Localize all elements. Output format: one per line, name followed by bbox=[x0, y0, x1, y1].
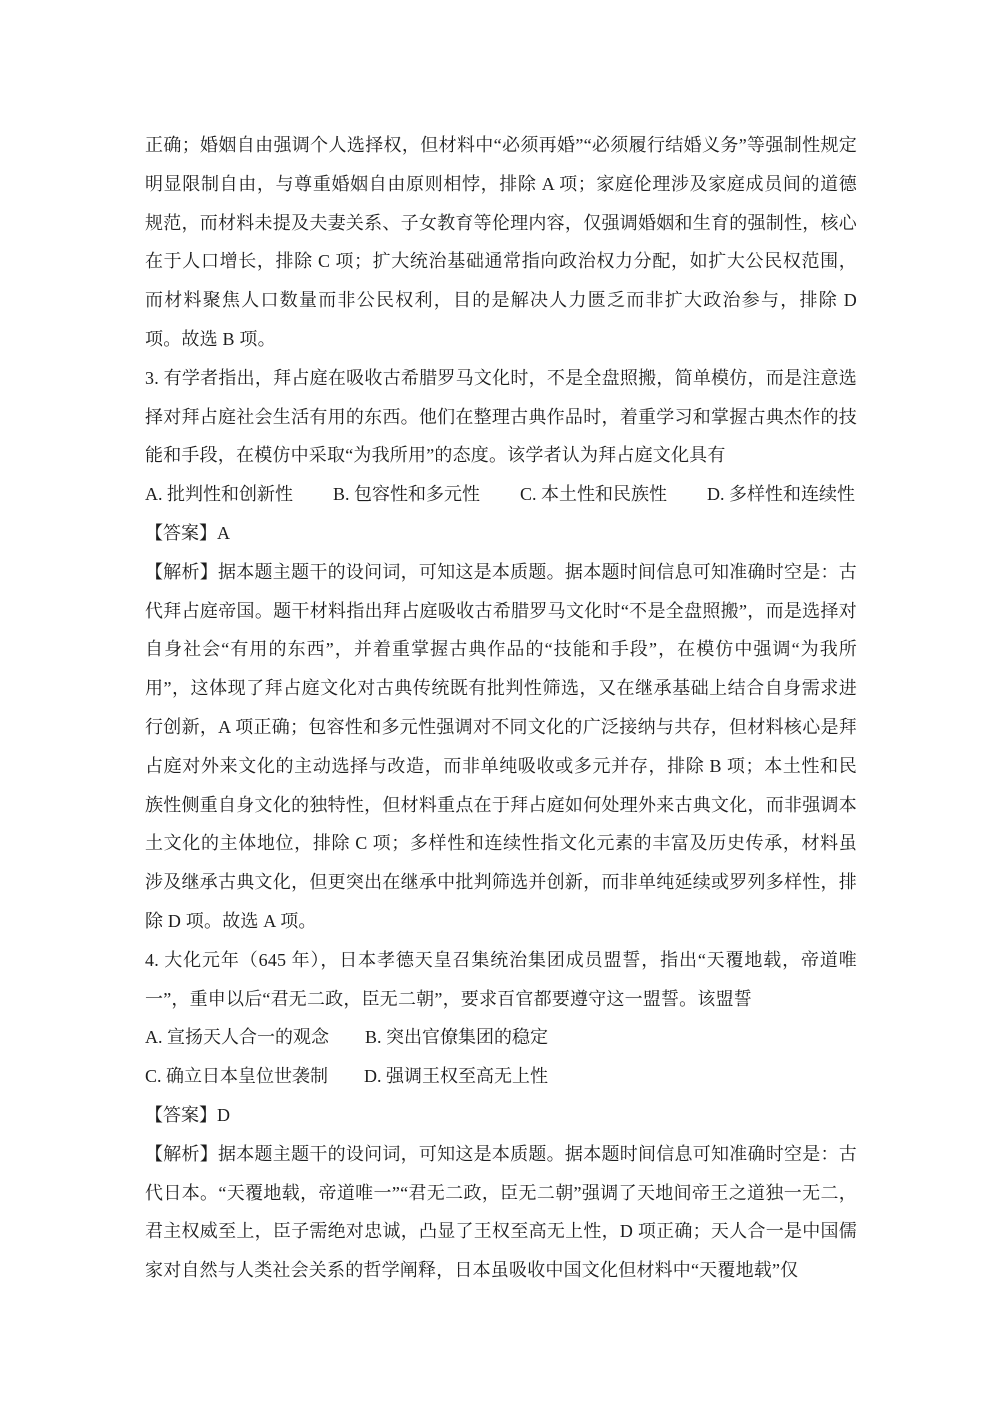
answer-label: 【答案】 bbox=[145, 1105, 217, 1125]
answer-label: 【答案】 bbox=[145, 523, 217, 543]
question-3-answer-value: A bbox=[217, 523, 230, 543]
question-4-analysis: 【解析】据本题主题干的设问词，可知这是本质题。据本题时间信息可知准确时空是：古代… bbox=[145, 1135, 857, 1290]
question-3-answer-line: 【答案】A bbox=[145, 514, 857, 553]
question-3-option-d: D. 多样性和连续性 bbox=[707, 475, 855, 514]
question-4-answer-value: D bbox=[217, 1105, 230, 1125]
question-4-option-b: B. 突出官僚集团的稳定 bbox=[365, 1018, 548, 1057]
question-4-options-row-2: C. 确立日本皇位世袭制 D. 强调王权至高无上性 bbox=[145, 1057, 857, 1096]
question-3-option-a: A. 批判性和创新性 bbox=[145, 475, 293, 514]
question-3-analysis: 【解析】据本题主题干的设问词，可知这是本质题。据本题时间信息可知准确时空是：古代… bbox=[145, 553, 857, 941]
question-3-option-c: C. 本土性和民族性 bbox=[520, 475, 667, 514]
question-4-options-row-1: A. 宣扬天人合一的观念 B. 突出官僚集团的稳定 bbox=[145, 1018, 857, 1057]
question-4-option-a: A. 宣扬天人合一的观念 bbox=[145, 1018, 329, 1057]
question-4-option-c: C. 确立日本皇位世袭制 bbox=[145, 1057, 328, 1096]
question-2-analysis-continuation: 正确；婚姻自由强调个人选择权，但材料中“必须再婚”“必须履行结婚义务”等强制性规… bbox=[145, 126, 857, 359]
question-4-option-d: D. 强调王权至高无上性 bbox=[364, 1057, 548, 1096]
question-4-answer-line: 【答案】D bbox=[145, 1096, 857, 1135]
question-3-option-b: B. 包容性和多元性 bbox=[333, 475, 480, 514]
question-3-options: A. 批判性和创新性 B. 包容性和多元性 C. 本土性和民族性 D. 多样性和… bbox=[145, 475, 857, 514]
document-page: 正确；婚姻自由强调个人选择权，但材料中“必须再婚”“必须履行结婚义务”等强制性规… bbox=[145, 126, 857, 1290]
question-3-stem: 3. 有学者指出，拜占庭在吸收古希腊罗马文化时，不是全盘照搬，简单模仿，而是注意… bbox=[145, 359, 857, 475]
question-4-stem: 4. 大化元年（645 年），日本孝德天皇召集统治集团成员盟誓，指出“天覆地载，… bbox=[145, 941, 857, 1019]
